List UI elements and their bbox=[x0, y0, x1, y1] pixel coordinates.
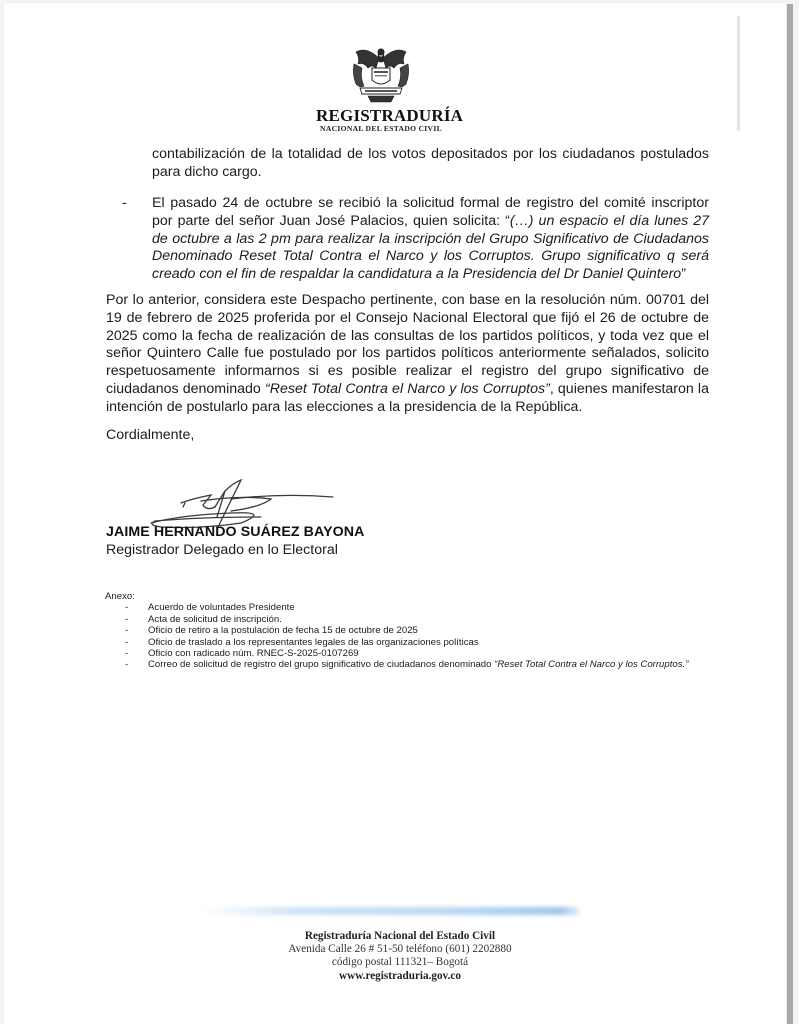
annex-item-text: Oficio de traslado a los representantes … bbox=[148, 637, 715, 648]
bullet-marker: - bbox=[122, 195, 152, 284]
registraduria-logo: REGISTRADURÍA NACIONAL DEL ESTADO CIVIL bbox=[316, 44, 446, 126]
bullet-item: - El pasado 24 de octubre se recibió la … bbox=[122, 195, 709, 284]
annex-item-text: Oficio con radicado núm. RNEC-S-2025-010… bbox=[148, 648, 715, 659]
signer-name: JAIME HERNANDO SUÁREZ BAYONA bbox=[106, 524, 364, 540]
annex-item: -Acuerdo de voluntades Presidente bbox=[105, 602, 715, 613]
signature-block: JAIME HERNANDO SUÁREZ BAYONA Registrador… bbox=[106, 472, 426, 562]
annex-list: -Acuerdo de voluntades Presidente -Acta … bbox=[105, 602, 715, 670]
annex-item-plain: Acuerdo de voluntades Presidente bbox=[148, 602, 295, 613]
coat-of-arms-emblem-icon bbox=[348, 44, 414, 106]
main-paragraph: Por lo anterior, considera este Despacho… bbox=[106, 292, 709, 417]
bullet-closing-quote: ” bbox=[681, 266, 686, 282]
annex-item-plain: Correo de solicitud de registro del grup… bbox=[148, 659, 494, 670]
footer-website-link[interactable]: www.registraduria.gov.co bbox=[200, 970, 600, 983]
annex-item: -Oficio con radicado núm. RNEC-S-2025-01… bbox=[105, 648, 715, 659]
annex-item-marker: - bbox=[105, 648, 148, 659]
logo-title: REGISTRADURÍA bbox=[316, 108, 446, 124]
annex-item: -Correo de solicitud de registro del gru… bbox=[105, 659, 715, 670]
annex-item: -Oficio de retiro a la postulación de fe… bbox=[105, 625, 715, 636]
logo-subtitle: NACIONAL DEL ESTADO CIVIL bbox=[316, 124, 446, 133]
footer-address: Avenida Calle 26 # 51-50 teléfono (601) … bbox=[200, 943, 600, 956]
bullet-text: El pasado 24 de octubre se recibió la so… bbox=[152, 195, 709, 284]
annex-item: -Oficio de traslado a los representantes… bbox=[105, 637, 715, 648]
annex-item-text: Acta de solicitud de inscripción. bbox=[148, 614, 715, 625]
signer-title: Registrador Delegado en lo Electoral bbox=[106, 542, 338, 558]
annex-item-italic: “Reset Total Contra el Narco y los Corru… bbox=[494, 659, 688, 670]
annex-item-plain: Oficio con radicado núm. RNEC-S-2025-010… bbox=[148, 648, 359, 659]
annex-item-plain: Oficio de traslado a los representantes … bbox=[148, 637, 479, 648]
scroll-indicator[interactable] bbox=[737, 16, 740, 131]
annex-item: -Acta de solicitud de inscripción. bbox=[105, 614, 715, 625]
closing-salutation: Cordialmente, bbox=[106, 427, 709, 445]
paragraph-continuation: contabilización de la totalidad de los v… bbox=[152, 146, 709, 182]
footer-accent-line bbox=[200, 907, 580, 915]
annex-item-marker: - bbox=[105, 659, 148, 670]
footer: Registraduría Nacional del Estado Civil … bbox=[200, 930, 600, 983]
annex-item-plain: Oficio de retiro a la postulación de fec… bbox=[148, 625, 418, 636]
page-edge-shadow bbox=[787, 4, 793, 1024]
annex-item-marker: - bbox=[105, 625, 148, 636]
annex-item-marker: - bbox=[105, 602, 148, 613]
annex-label: Anexo: bbox=[105, 591, 715, 602]
annex-item-marker: - bbox=[105, 637, 148, 648]
annex-item-text: Correo de solicitud de registro del grup… bbox=[148, 659, 715, 670]
footer-postal: código postal 111321– Bogotá bbox=[200, 956, 600, 969]
annex-item-text: Acuerdo de voluntades Presidente bbox=[148, 602, 715, 613]
annex-item-marker: - bbox=[105, 614, 148, 625]
footer-org: Registraduría Nacional del Estado Civil bbox=[200, 930, 600, 943]
annex-section: Anexo: -Acuerdo de voluntades Presidente… bbox=[105, 591, 715, 671]
annex-item-plain: Acta de solicitud de inscripción. bbox=[148, 614, 282, 625]
main-paragraph-group-name: “Reset Total Contra el Narco y los Corru… bbox=[265, 381, 550, 397]
annex-item-text: Oficio de retiro a la postulación de fec… bbox=[148, 625, 715, 636]
